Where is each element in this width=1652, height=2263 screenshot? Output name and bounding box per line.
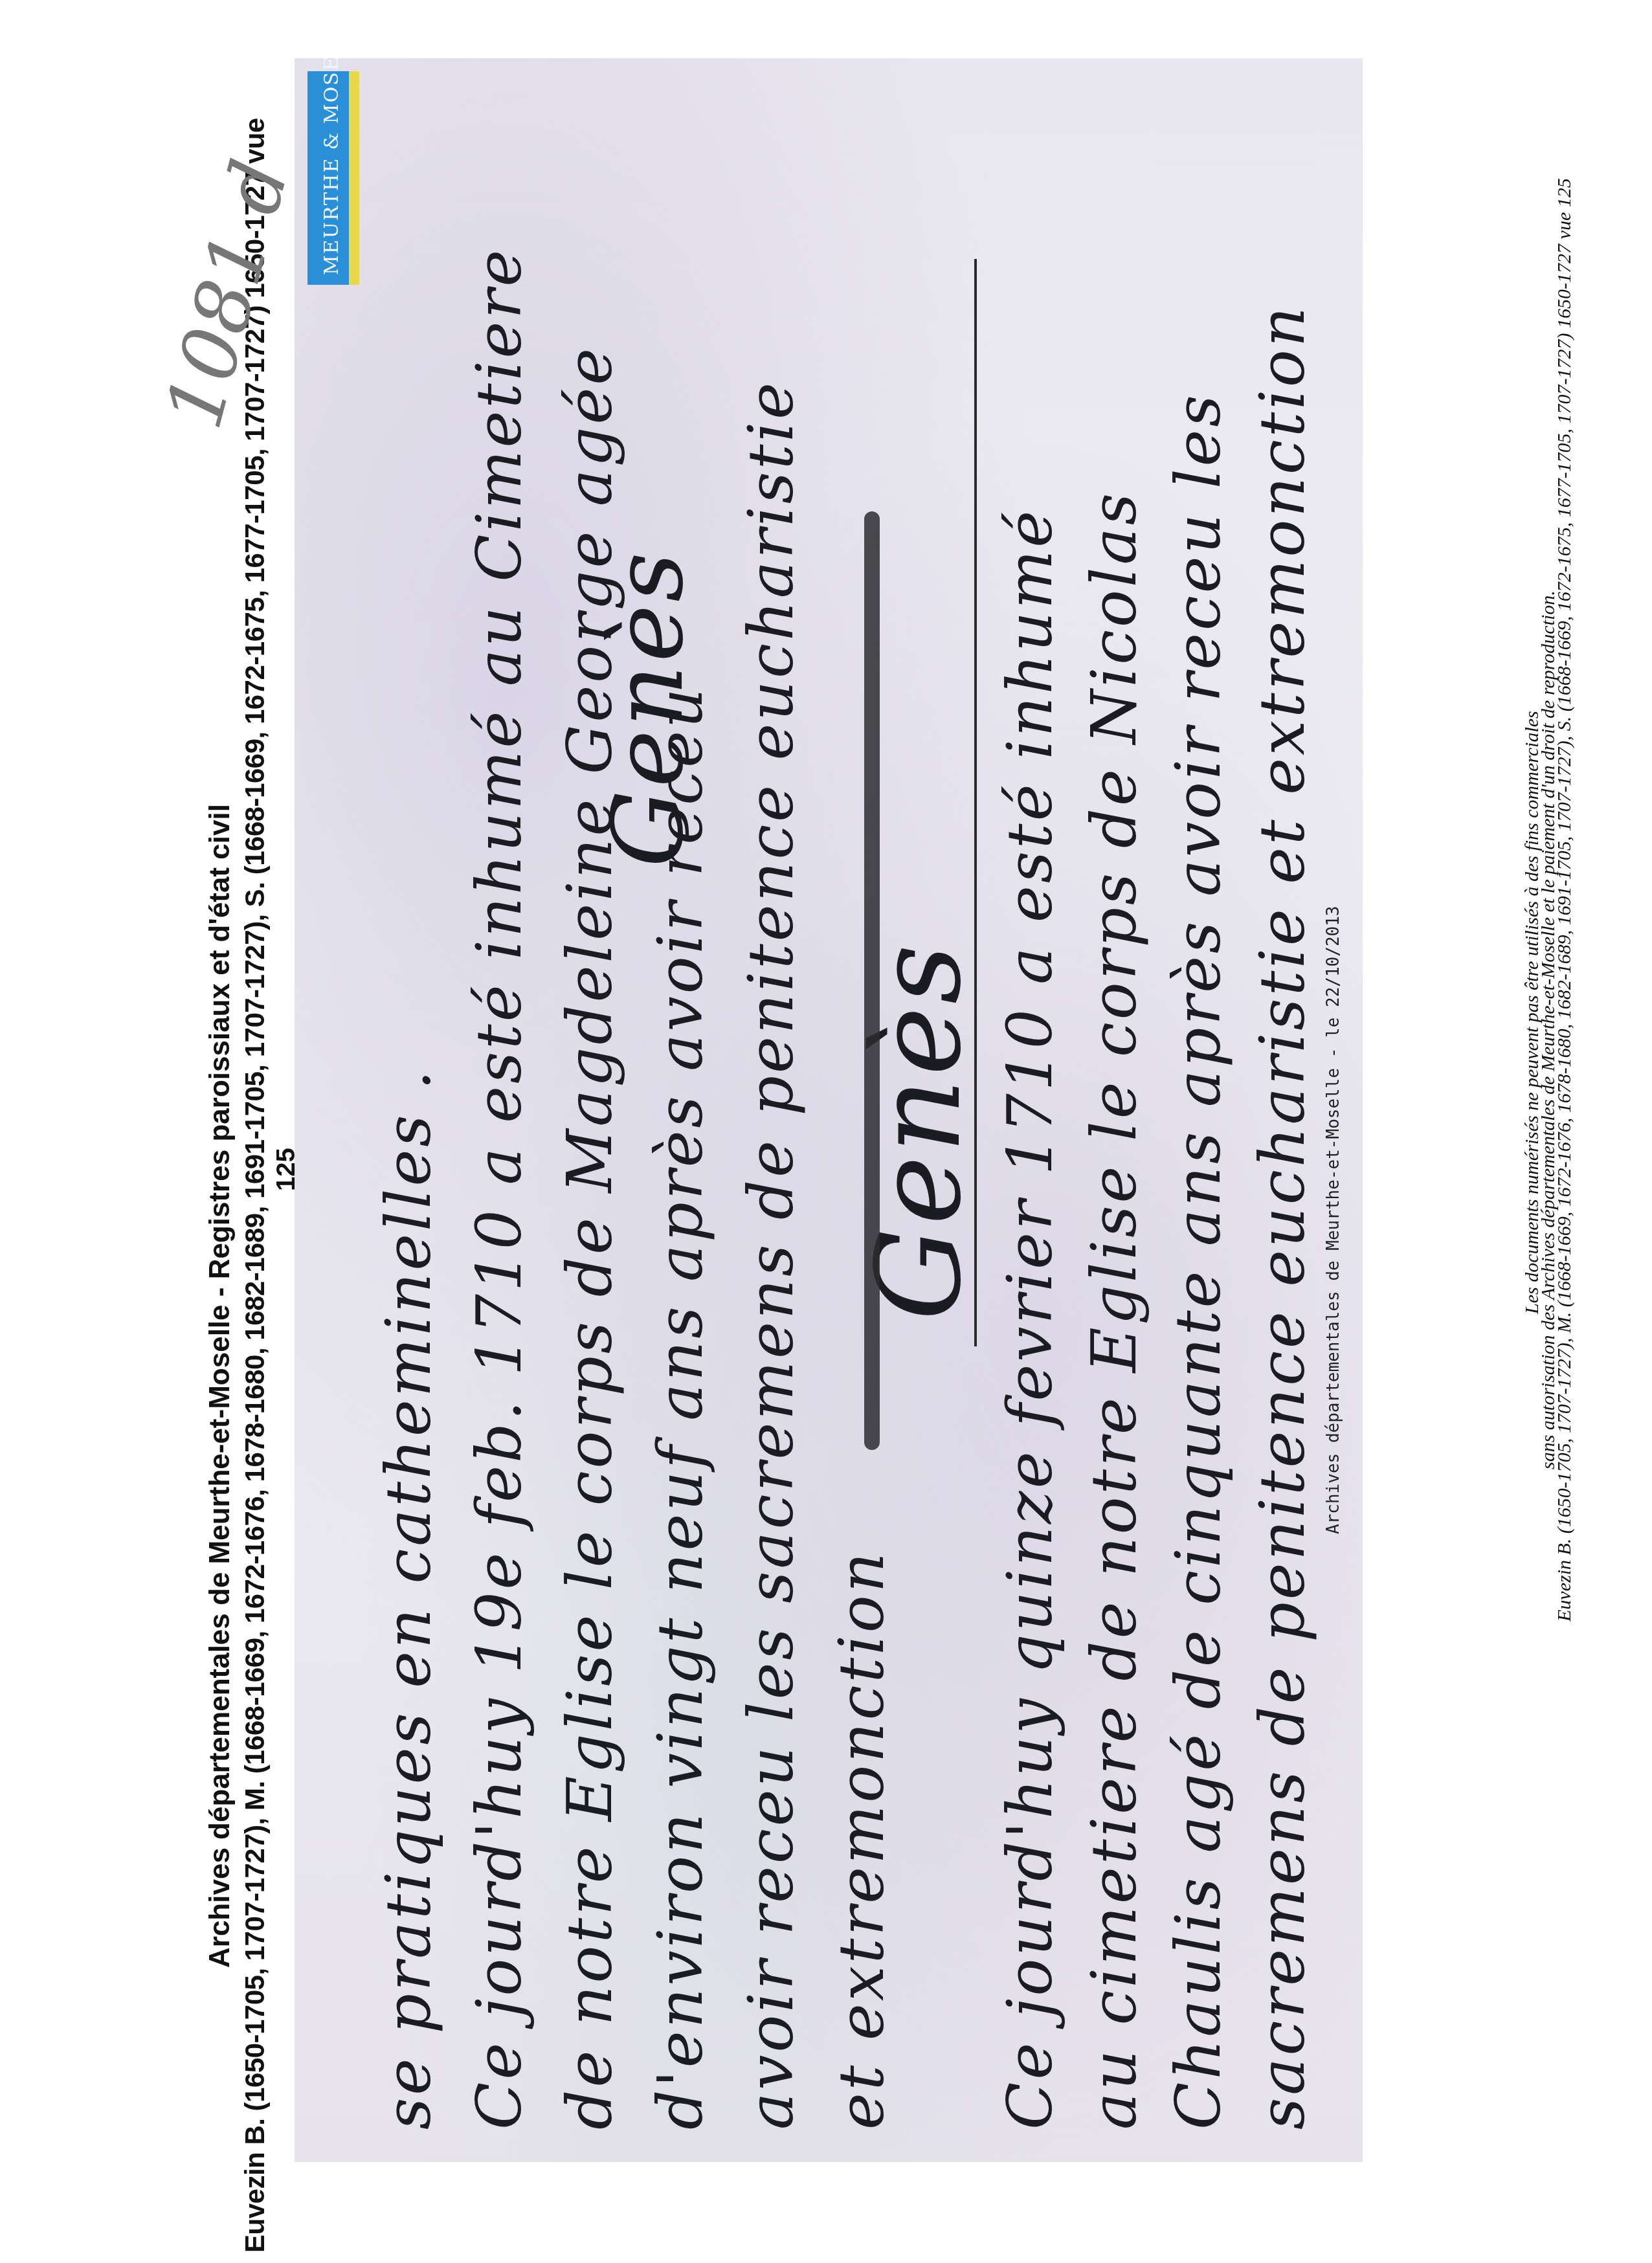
manuscript-line: d'environ vingt neuf ans après avoir rec… [644, 686, 717, 2130]
ink-rule [974, 259, 977, 1346]
handwritten-note: 1081 d [149, 151, 306, 438]
ink-stroke [864, 511, 880, 1450]
manuscript-line: au cimetiere de notre Eglise le corps de… [1078, 491, 1150, 2130]
manuscript-line: et extremonction [825, 1550, 898, 2130]
manuscript-line: sacremens de penitence eucharistie et ex… [1246, 304, 1319, 2130]
manuscript-scan: MEURTHE & MOSELLE se pratiques en cathem… [295, 58, 1363, 2162]
manuscript-line: avoir receu les sacremens de penitence e… [735, 380, 807, 2130]
signature: Genès [592, 550, 705, 867]
usage-notice-line: Euvezin B. (1650-1705, 1707-1727), M. (1… [1554, 178, 1576, 1622]
manuscript-line: se pratiques en catheminelles . [372, 1067, 445, 2130]
manuscript-line: Chaulis agé de cinquante ans après avoir… [1162, 392, 1234, 2130]
page-subtitle: Euvezin B. (1650-1705, 1707-1727), M. (1… [240, 118, 271, 2253]
logo-text: MEURTHE & MOSELLE [320, 58, 343, 275]
archive-stamp: Archives départementales de Meurthe-et-M… [1324, 906, 1343, 1534]
page-title: Archives départementales de Meurthe-et-M… [204, 804, 236, 1968]
logo-stripe [349, 71, 359, 285]
manuscript-line: Ce jourd'huy quinze fevrier 1710 a esté … [994, 508, 1066, 2130]
manuscript-line: Ce jourd'huy 19e feb. 1710 a esté inhumé… [463, 247, 535, 2130]
